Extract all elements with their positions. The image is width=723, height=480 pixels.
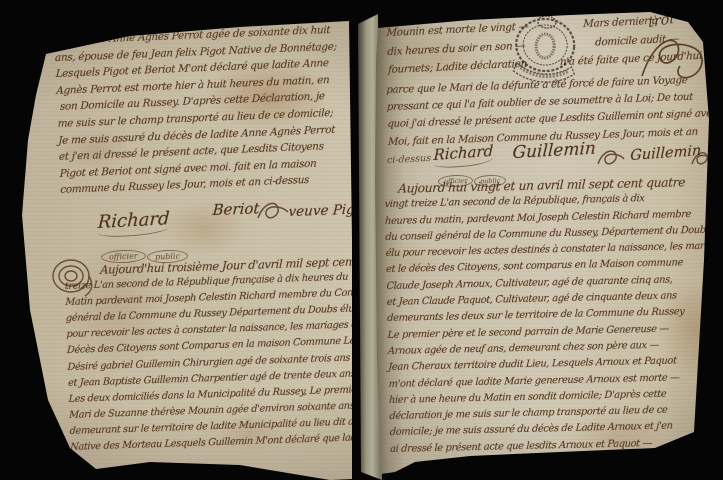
right-page-paragraph-1: parce que le Mari de la défunte a été fo… xyxy=(386,71,708,150)
archive-scan: fils de Anne Agnès Perrot agée de soixan… xyxy=(0,0,723,480)
signature-beriot: Beriot xyxy=(212,199,260,219)
signature-pigot: veuve Pigot xyxy=(288,201,369,220)
oval-ink-stamp-icon xyxy=(504,10,587,85)
paraphe-flourish-icon xyxy=(256,198,290,224)
right-page-paragraph-2: Aujourd'hui vingt et un avril mil sept c… xyxy=(384,174,712,458)
paraphe-flourish-icon xyxy=(690,148,714,172)
signature-guillemin-1: Guillemin xyxy=(512,139,596,163)
signature-officer-richard: Richard xyxy=(433,142,494,169)
left-page-paragraph-1: fils de Anne Agnès Perrot agée de soixan… xyxy=(54,21,352,199)
left-page-paragraph-2: Aujourd'hui troisième Jour d'avril mil s… xyxy=(64,253,358,456)
signature-officer-richard: Richard xyxy=(97,208,170,238)
closing-word: ci-dessus xyxy=(387,153,431,166)
paraphe-flourish-icon xyxy=(596,146,626,172)
